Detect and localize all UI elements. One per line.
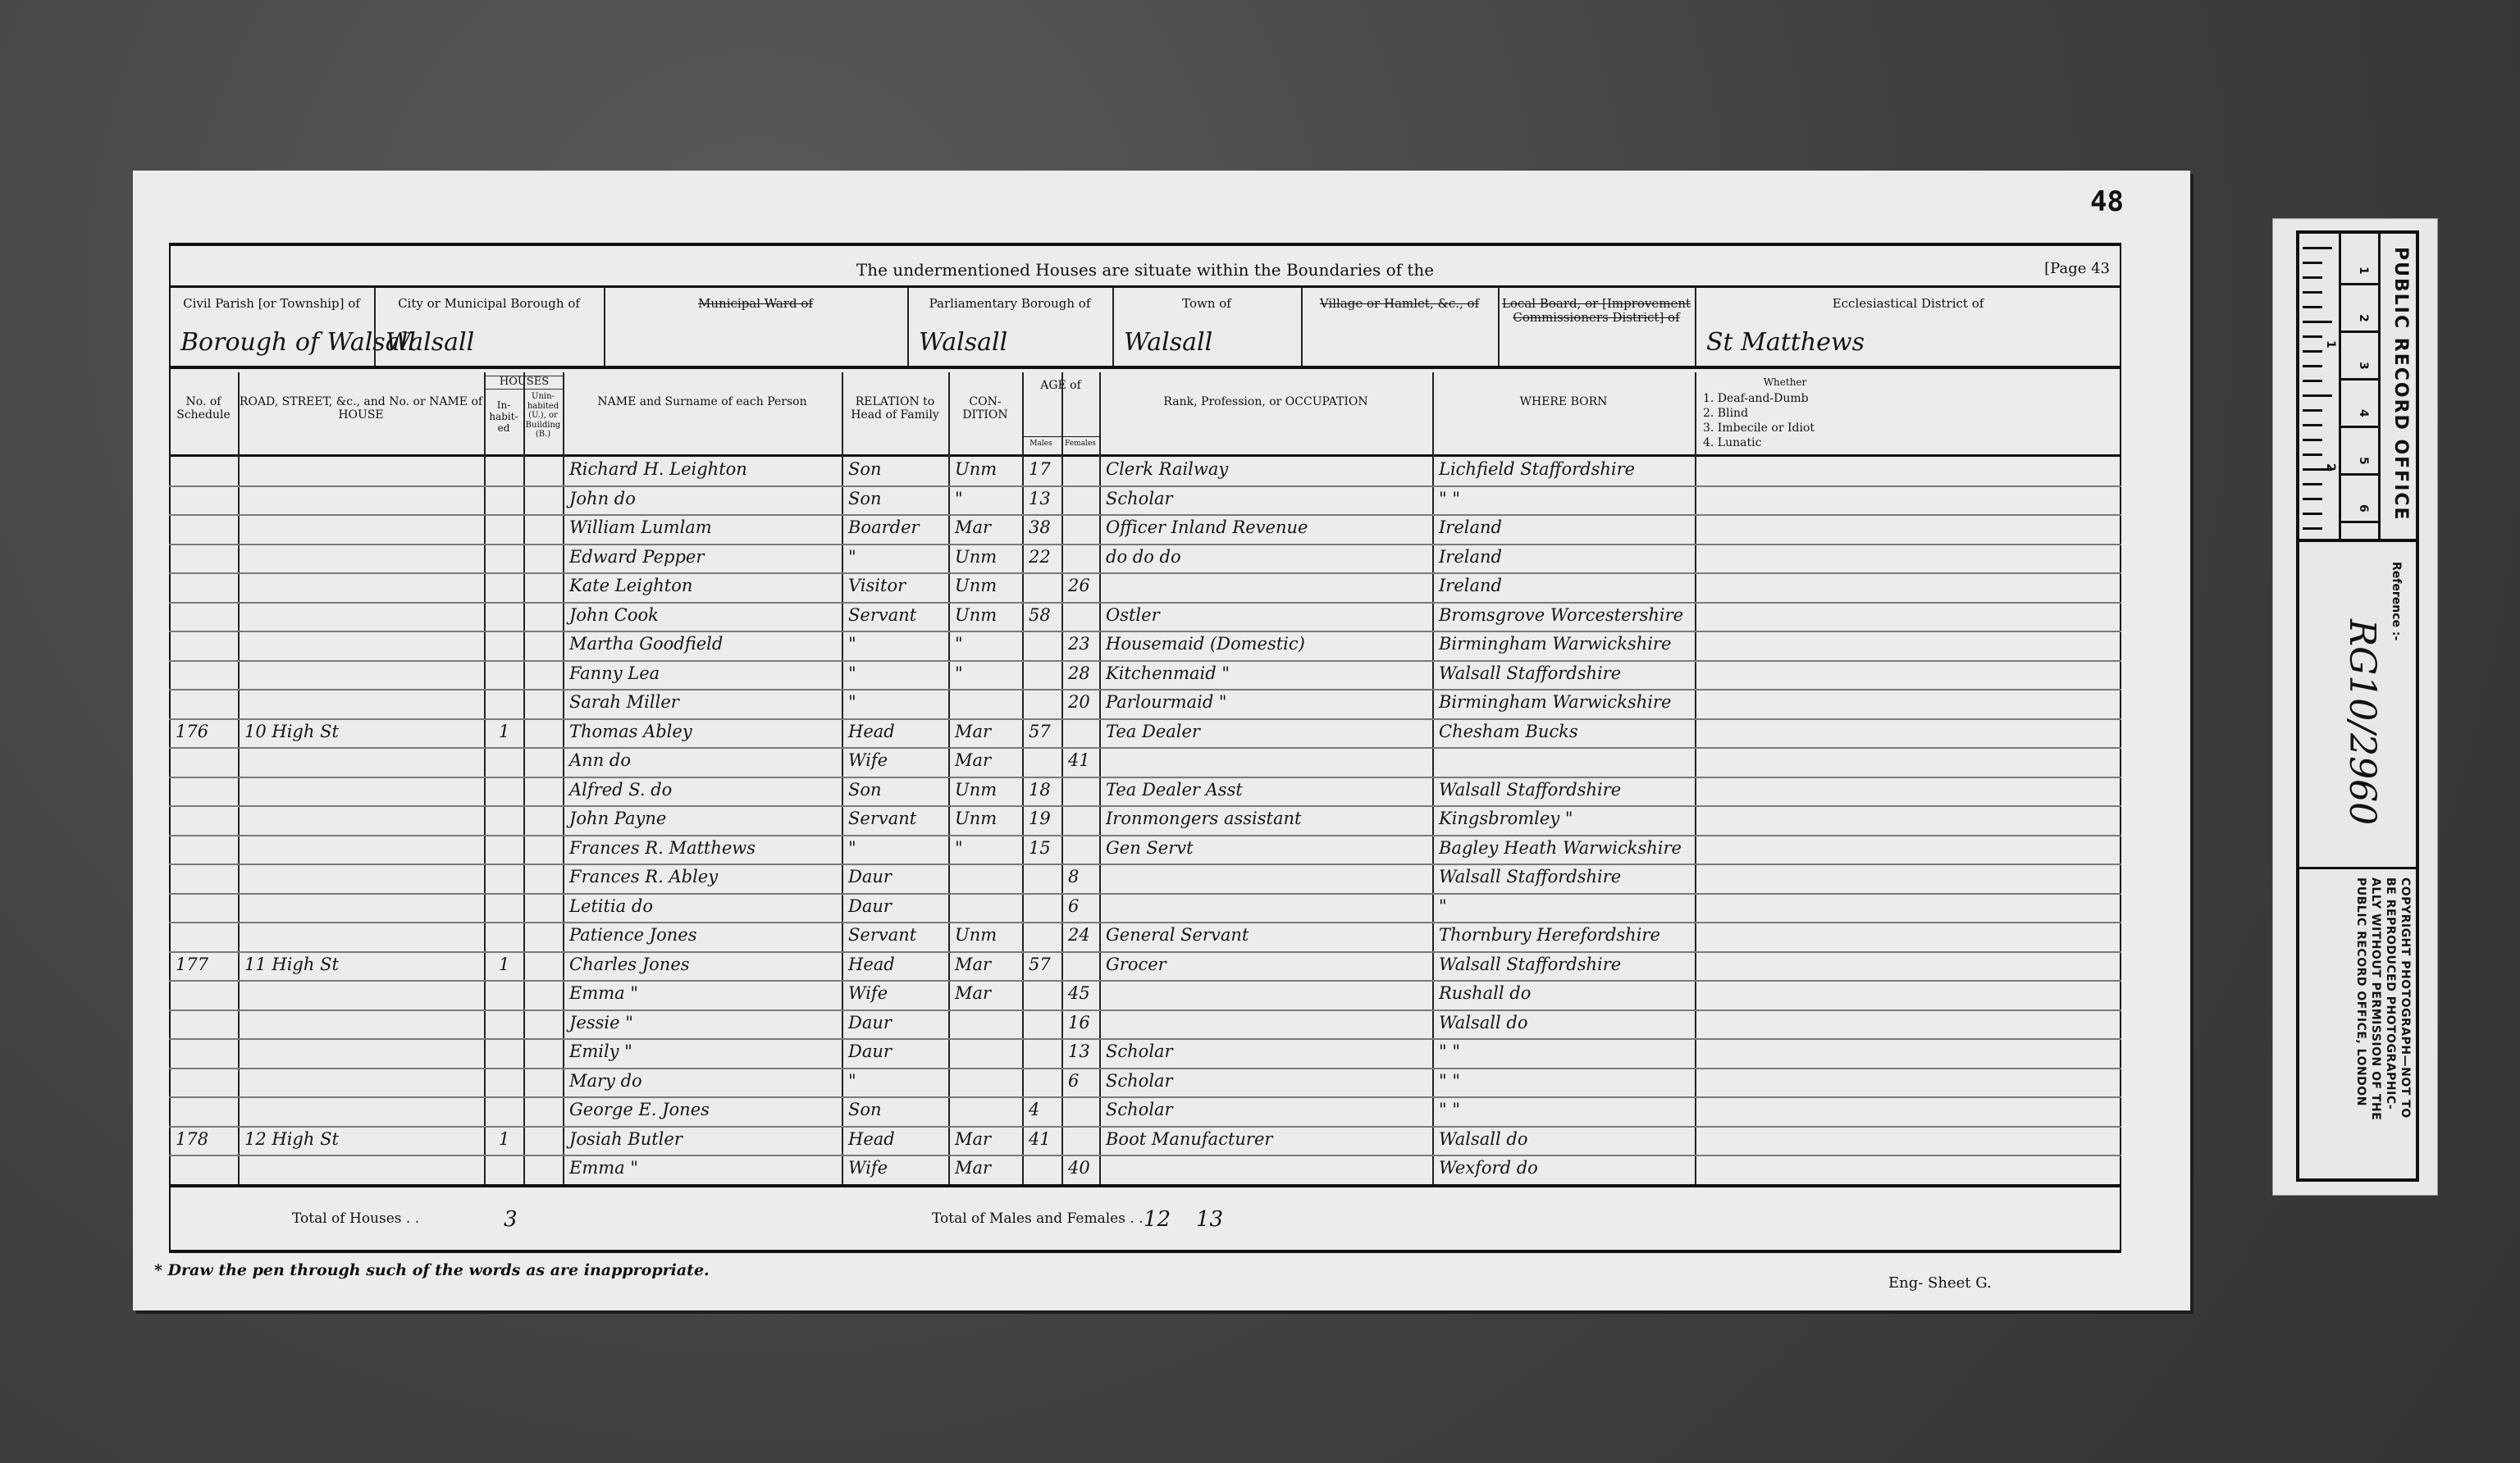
row-name: Frances R. Matthews — [569, 838, 756, 858]
census-form: The undermentioned Houses are situate wi… — [169, 243, 2121, 1284]
table-row: Letitia doDaur6" — [169, 895, 2121, 924]
totals-bottom-rule — [169, 1250, 2121, 1253]
row-age-female: 16 — [1068, 1013, 1090, 1032]
row-name: Charles Jones — [569, 955, 690, 974]
table-row: Emma "WifeMar45Rushall do — [169, 982, 2121, 1011]
row-relation: Head — [848, 1129, 895, 1149]
footnote: * Draw the pen through such of the words… — [154, 1261, 710, 1279]
col-road-header: ROAD, STREET, &c., and No. or NAME of HO… — [238, 395, 484, 422]
boundary-label: Parliamentary Borough of — [907, 297, 1112, 311]
row-condition: Unm — [955, 925, 997, 945]
age-subrule — [1022, 436, 1099, 437]
table-row: John doSon"13Scholar" " — [169, 487, 2121, 517]
row-age-male: 57 — [1029, 722, 1051, 741]
row-relation: Son — [848, 1100, 882, 1119]
table-row: Jessie "Daur16Walsall do — [169, 1011, 2121, 1041]
ruler-tick — [2303, 306, 2322, 308]
row-condition: Mar — [955, 750, 991, 770]
row-relation: Servant — [848, 925, 916, 945]
row-age-female: 13 — [1068, 1041, 1090, 1061]
col-inhabited-header: In-habit-ed — [484, 400, 523, 434]
col-whether-item: 3. Imbecile or Idiot — [1703, 422, 1815, 435]
row-relation: " — [848, 838, 856, 858]
row-name: Josiah Butler — [569, 1129, 682, 1149]
row-name: William Lumlam — [569, 517, 712, 537]
row-occupation: Officer Inland Revenue — [1106, 517, 1308, 537]
row-age-male: 57 — [1029, 955, 1051, 974]
ruler-cm-label: 1 — [2357, 267, 2370, 275]
row-relation: Daur — [848, 896, 892, 916]
row-age-male: 4 — [1029, 1100, 1039, 1119]
col-females-header: Females — [1061, 440, 1099, 448]
col-age-header: AGE of — [1022, 379, 1099, 392]
row-birthplace: Walsall Staffordshire — [1439, 663, 1621, 683]
row-birthplace: Bromsgrove Worcestershire — [1439, 605, 1683, 625]
row-occupation: Scholar — [1106, 489, 1173, 508]
row-birthplace: Birmingham Warwickshire — [1439, 634, 1671, 654]
row-schedule: 176 — [176, 722, 208, 741]
strip-frame: PUBLIC RECORD OFFICE 12345612 Reference … — [2296, 230, 2419, 1182]
ruler-inch-label: 2 — [2324, 463, 2337, 472]
row-age-male: 41 — [1029, 1129, 1051, 1149]
col-relation-header: RELATION to Head of Family — [842, 395, 948, 422]
ruler-tick — [2303, 453, 2322, 456]
row-condition: Mar — [955, 1129, 991, 1149]
boundary-label: Ecclesiastical District of — [1695, 297, 2121, 311]
row-name: Emily " — [569, 1041, 632, 1061]
table-row: Frances R. Matthews""15Gen ServtBagley H… — [169, 836, 2121, 866]
col-schedule-header: No. of Schedule — [169, 395, 238, 422]
row-condition: Mar — [955, 517, 991, 537]
table-row: Ann doWifeMar41 — [169, 749, 2121, 778]
ruler-cm-label: 5 — [2357, 457, 2370, 465]
row-occupation: Parlourmaid " — [1106, 692, 1227, 712]
boundary-value: Borough of Walsall — [180, 328, 416, 357]
row-condition: Unm — [955, 547, 997, 567]
total-persons-label: Total of Males and Females . . — [932, 1210, 1144, 1227]
row-inhabited: 1 — [499, 1129, 509, 1149]
table-row: Emma "WifeMar40Wexford do — [169, 1156, 2121, 1186]
row-occupation: General Servant — [1106, 925, 1249, 945]
row-birthplace: " " — [1439, 1071, 1460, 1091]
row-condition: Mar — [955, 983, 991, 1003]
row-birthplace: " — [1439, 896, 1447, 916]
row-age-female: 8 — [1068, 867, 1079, 886]
form-banner: The undermentioned Houses are situate wi… — [169, 261, 2121, 280]
row-inhabited: 1 — [499, 955, 509, 974]
table-row: Frances R. AbleyDaur8Walsall Staffordshi… — [169, 865, 2121, 895]
boundary-label: Local Board, or [Improvement Commissione… — [1498, 297, 1695, 326]
boundary-value: Walsall — [386, 328, 474, 357]
row-name: John Payne — [569, 809, 666, 828]
row-condition: Unm — [955, 780, 997, 800]
ruler-tick — [2303, 335, 2322, 338]
row-occupation: Scholar — [1106, 1100, 1173, 1119]
col-whether-item: 1. Deaf-and-Dumb — [1703, 392, 1809, 405]
reference-label: Reference :- — [2390, 562, 2403, 640]
col-name-header: NAME and Surname of each Person — [563, 395, 842, 408]
row-condition: Unm — [955, 809, 997, 828]
row-relation: Son — [848, 459, 882, 479]
table-row: William LumlamBoarderMar38Officer Inland… — [169, 516, 2121, 545]
row-condition: Mar — [955, 955, 991, 974]
col-males-header: Males — [1022, 440, 1060, 448]
table-row: Patience JonesServantUnm24General Servan… — [169, 923, 2121, 953]
row-schedule: 178 — [176, 1129, 208, 1149]
row-occupation: Scholar — [1106, 1071, 1173, 1091]
row-schedule: 177 — [176, 955, 208, 974]
row-occupation: Gen Servt — [1106, 838, 1194, 858]
table-row: 17812 High St1Josiah ButlerHeadMar41Boot… — [169, 1128, 2121, 1157]
boundary-label: Town of — [1112, 297, 1301, 311]
col-whether-header: Whether — [1703, 377, 1867, 389]
row-occupation: Scholar — [1106, 1041, 1173, 1061]
row-inhabited: 1 — [499, 722, 509, 741]
table-row: Martha Goodfield""23Housemaid (Domestic)… — [169, 632, 2121, 662]
row-age-female: 40 — [1068, 1158, 1090, 1178]
row-age-male: 58 — [1029, 605, 1051, 625]
row-relation: Servant — [848, 605, 916, 625]
row-occupation: do do do — [1106, 547, 1181, 567]
row-name: Richard H. Leighton — [569, 459, 747, 479]
row-birthplace: Kingsbromley " — [1439, 809, 1573, 828]
row-condition: Unm — [955, 459, 997, 479]
row-relation: Daur — [848, 1041, 892, 1061]
row-birthplace: Lichfield Staffordshire — [1439, 459, 1635, 479]
copyright-line: COPYRIGHT PHOTOGRAPH—NOT TO — [2399, 877, 2412, 1120]
table-row: Alfred S. doSonUnm18Tea Dealer AsstWalsa… — [169, 778, 2121, 808]
row-age-male: 13 — [1029, 489, 1051, 508]
col-born-header: WHERE BORN — [1432, 395, 1695, 408]
row-birthplace: " " — [1439, 1041, 1460, 1061]
table-row: George E. JonesSon4Scholar" " — [169, 1098, 2121, 1128]
totals-top-rule — [169, 1184, 2121, 1187]
row-occupation: Housemaid (Domestic) — [1106, 634, 1305, 654]
row-occupation: Kitchenmaid " — [1106, 663, 1230, 683]
row-relation: Head — [848, 722, 895, 741]
boundary-label: Village or Hamlet, &c., of — [1301, 297, 1498, 311]
table-row: John CookServantUnm58OstlerBromsgrove Wo… — [169, 604, 2121, 633]
row-birthplace: Birmingham Warwickshire — [1439, 692, 1671, 712]
row-age-female: 23 — [1068, 634, 1090, 654]
boundary-label: Municipal Ward of — [604, 297, 907, 311]
row-birthplace: Walsall Staffordshire — [1439, 955, 1621, 974]
row-age-male: 17 — [1029, 459, 1051, 479]
boundary-value: Walsall — [1124, 328, 1212, 357]
row-name: Emma " — [569, 983, 638, 1003]
row-name: John do — [569, 489, 636, 508]
ruler-tick — [2303, 527, 2322, 530]
row-birthplace: Walsall do — [1439, 1129, 1528, 1149]
row-occupation: Clerk Railway — [1106, 459, 1228, 479]
row-relation: Boarder — [848, 517, 920, 537]
row-age-female: 26 — [1068, 576, 1090, 595]
ruler-cm-mark — [2340, 330, 2378, 333]
row-relation: Wife — [848, 750, 888, 770]
row-name: Patience Jones — [569, 925, 696, 945]
ruler-tick — [2303, 262, 2322, 264]
row-age-female: 24 — [1068, 925, 1090, 945]
row-name: Ann do — [569, 750, 631, 770]
ruler-tick — [2303, 424, 2322, 426]
row-condition: Mar — [955, 722, 991, 741]
row-birthplace: Bagley Heath Warwickshire — [1439, 838, 1682, 858]
top-rule — [169, 243, 2121, 246]
ruler-cm-label: 6 — [2357, 504, 2370, 513]
ruler-cm-mark — [2340, 283, 2378, 285]
row-occupation: Tea Dealer — [1106, 722, 1200, 741]
row-relation: " — [848, 1071, 856, 1091]
boundary-label: Civil Parish [or Township] of — [169, 297, 374, 311]
col-condition-header: CON-DITION — [948, 395, 1022, 422]
copyright-line: PUBLIC RECORD OFFICE, LONDON — [2354, 877, 2367, 1120]
ruler-cm-label: 2 — [2357, 314, 2370, 322]
table-row: 17610 High St1Thomas AbleyHeadMar57Tea D… — [169, 720, 2121, 750]
row-occupation: Boot Manufacturer — [1106, 1129, 1272, 1149]
row-address: 10 High St — [244, 722, 339, 741]
ruler-cm-mark — [2340, 521, 2378, 523]
row-relation: Daur — [848, 1013, 892, 1032]
row-occupation: Grocer — [1106, 955, 1166, 974]
col-whether-item: 4. Lunatic — [1703, 436, 1761, 449]
row-name: Martha Goodfield — [569, 634, 723, 654]
table-row: Sarah Miller"20Parlourmaid "Birmingham W… — [169, 690, 2121, 720]
row-age-female: 20 — [1068, 692, 1090, 712]
row-birthplace: Thornbury Herefordshire — [1439, 925, 1660, 945]
row-age-male: 18 — [1029, 780, 1051, 800]
ruler-tick — [2303, 321, 2332, 323]
ruler-tick — [2303, 409, 2322, 412]
boundary-value: Walsall — [919, 328, 1007, 357]
row-condition: " — [955, 663, 963, 683]
row-address: 11 High St — [244, 955, 339, 974]
ruler-inch-label: 1 — [2324, 340, 2337, 349]
row-name: George E. Jones — [569, 1100, 710, 1119]
ruler-cm-label: 4 — [2357, 409, 2370, 417]
row-age-male: 19 — [1029, 809, 1051, 828]
total-males-value: 12 — [1144, 1207, 1171, 1232]
row-relation: Daur — [848, 867, 892, 886]
sheet-code: Eng- Sheet G. — [1888, 1274, 1992, 1292]
ruler-tick — [2303, 380, 2322, 382]
row-relation: " — [848, 663, 856, 683]
row-occupation: Ostler — [1106, 605, 1160, 625]
scale-ruler: PUBLIC RECORD OFFICE 12345612 — [2299, 234, 2416, 542]
row-age-female: 6 — [1068, 896, 1079, 916]
row-occupation: Tea Dealer Asst — [1106, 780, 1243, 800]
row-age-female: 41 — [1068, 750, 1090, 770]
row-birthplace: Ireland — [1439, 547, 1502, 567]
ruler-tick — [2303, 291, 2322, 294]
row-name: Mary do — [569, 1071, 642, 1091]
copyright-line: ALLY WITHOUT PERMISSION OF THE — [2369, 877, 2382, 1120]
row-condition: " — [955, 634, 963, 654]
col-occupation-header: Rank, Profession, or OCCUPATION — [1099, 395, 1432, 408]
ruler-divider — [2378, 234, 2381, 539]
row-birthplace: Chesham Bucks — [1439, 722, 1578, 741]
row-name: Frances R. Abley — [569, 867, 718, 886]
table-row: Edward Pepper"Unm22do do doIreland — [169, 545, 2121, 575]
table-row: Richard H. LeightonSonUnm17Clerk Railway… — [169, 458, 2121, 487]
ruler-tick — [2303, 365, 2322, 367]
boundary-value: St Matthews — [1706, 328, 1865, 357]
row-birthplace: " " — [1439, 489, 1460, 508]
row-name: Sarah Miller — [569, 692, 679, 712]
row-relation: " — [848, 692, 856, 712]
row-name: Kate Leighton — [569, 576, 692, 595]
row-age-male: 15 — [1029, 838, 1051, 858]
row-name: Thomas Abley — [569, 722, 692, 741]
folio-number: 48 — [2090, 185, 2124, 218]
row-birthplace: Walsall Staffordshire — [1439, 867, 1621, 886]
ruler-divider — [2339, 234, 2341, 539]
row-condition: Mar — [955, 1158, 991, 1178]
ruler-tick — [2303, 498, 2322, 500]
row-condition: Unm — [955, 576, 997, 595]
ruler-cm-mark — [2340, 426, 2378, 428]
row-name: Fanny Lea — [569, 663, 660, 683]
row-birthplace: Rushall do — [1439, 983, 1531, 1003]
census-sheet: 48 The undermentioned Houses are situate… — [133, 171, 2190, 1310]
row-birthplace: Ireland — [1439, 576, 1502, 595]
row-age-female: 6 — [1068, 1071, 1079, 1091]
table-row: John PayneServantUnm19Ironmongers assist… — [169, 807, 2121, 836]
table-row: 17711 High St1Charles JonesHeadMar57Groc… — [169, 953, 2121, 982]
row-relation: Head — [848, 955, 895, 974]
boundary-label: City or Municipal Borough of — [374, 297, 604, 311]
row-age-female: 45 — [1068, 983, 1090, 1003]
row-name: Alfred S. do — [569, 780, 672, 800]
ruler-tick — [2303, 350, 2322, 353]
row-age-male: 38 — [1029, 517, 1051, 537]
ruler-cm-mark — [2340, 378, 2378, 381]
pro-title: PUBLIC RECORD OFFICE — [2390, 247, 2411, 522]
reference-value: RG10/2960 — [2341, 619, 2383, 825]
table-row: Emily "Daur13Scholar" " — [169, 1040, 2121, 1069]
row-age-female: 28 — [1068, 663, 1090, 683]
ruler-cm-mark — [2340, 473, 2378, 476]
row-relation: Wife — [848, 983, 888, 1003]
row-birthplace: Walsall Staffordshire — [1439, 780, 1621, 800]
ruler-tick — [2303, 276, 2322, 279]
ruler-tick — [2303, 439, 2322, 441]
ruler-tick — [2303, 513, 2322, 515]
total-houses-label: Total of Houses . . — [292, 1210, 419, 1227]
row-relation: Son — [848, 489, 882, 508]
ruler-tick — [2303, 483, 2322, 485]
row-address: 12 High St — [244, 1129, 339, 1149]
row-condition: " — [955, 838, 963, 858]
row-birthplace: Walsall do — [1439, 1013, 1528, 1032]
row-birthplace: " " — [1439, 1100, 1460, 1119]
row-relation: " — [848, 547, 856, 567]
table-row: Kate LeightonVisitorUnm26Ireland — [169, 574, 2121, 604]
row-birthplace: Ireland — [1439, 517, 1502, 537]
boundary-rule — [169, 366, 2121, 369]
row-relation: Son — [848, 780, 882, 800]
row-relation: Visitor — [848, 576, 906, 595]
total-females-value: 13 — [1196, 1207, 1223, 1232]
row-birthplace: Wexford do — [1439, 1158, 1538, 1178]
table-row: Mary do"6Scholar" " — [169, 1069, 2121, 1099]
row-condition: Unm — [955, 605, 997, 625]
row-name: John Cook — [569, 605, 659, 625]
table-row: Fanny Lea""28Kitchenmaid "Walsall Staffo… — [169, 662, 2121, 691]
total-houses-value: 3 — [504, 1207, 518, 1232]
ruler-tick — [2303, 394, 2332, 397]
col-whether-item: 2. Blind — [1703, 407, 1748, 420]
row-name: Jessie " — [569, 1013, 633, 1032]
row-occupation: Ironmongers assistant — [1106, 809, 1301, 828]
page-label: [Page 43 — [2044, 261, 2110, 278]
copyright-line: BE REPRODUCED PHOTOGRAPHIC- — [2384, 877, 2397, 1120]
row-age-male: 22 — [1029, 547, 1051, 567]
row-relation: Servant — [848, 809, 916, 828]
ruler-cm-label: 3 — [2357, 362, 2370, 370]
row-relation: " — [848, 634, 856, 654]
row-name: Letitia do — [569, 896, 653, 916]
col-uninhabited-header: Unin-habited (U.), or Building (B.) — [523, 392, 563, 440]
row-condition: " — [955, 489, 963, 508]
public-record-office-strip: PUBLIC RECORD OFFICE 12345612 Reference … — [2272, 218, 2438, 1196]
row-name: Edward Pepper — [569, 547, 704, 567]
row-relation: Wife — [848, 1158, 888, 1178]
ruler-tick — [2303, 247, 2332, 249]
row-name: Emma " — [569, 1158, 638, 1178]
copyright-notice: COPYRIGHT PHOTOGRAPH—NOT TOBE REPRODUCED… — [2354, 877, 2412, 1120]
copyright-box: COPYRIGHT PHOTOGRAPH—NOT TOBE REPRODUCED… — [2296, 867, 2419, 1182]
header-bottom-rule — [169, 454, 2121, 457]
banner-rule — [169, 285, 2121, 288]
